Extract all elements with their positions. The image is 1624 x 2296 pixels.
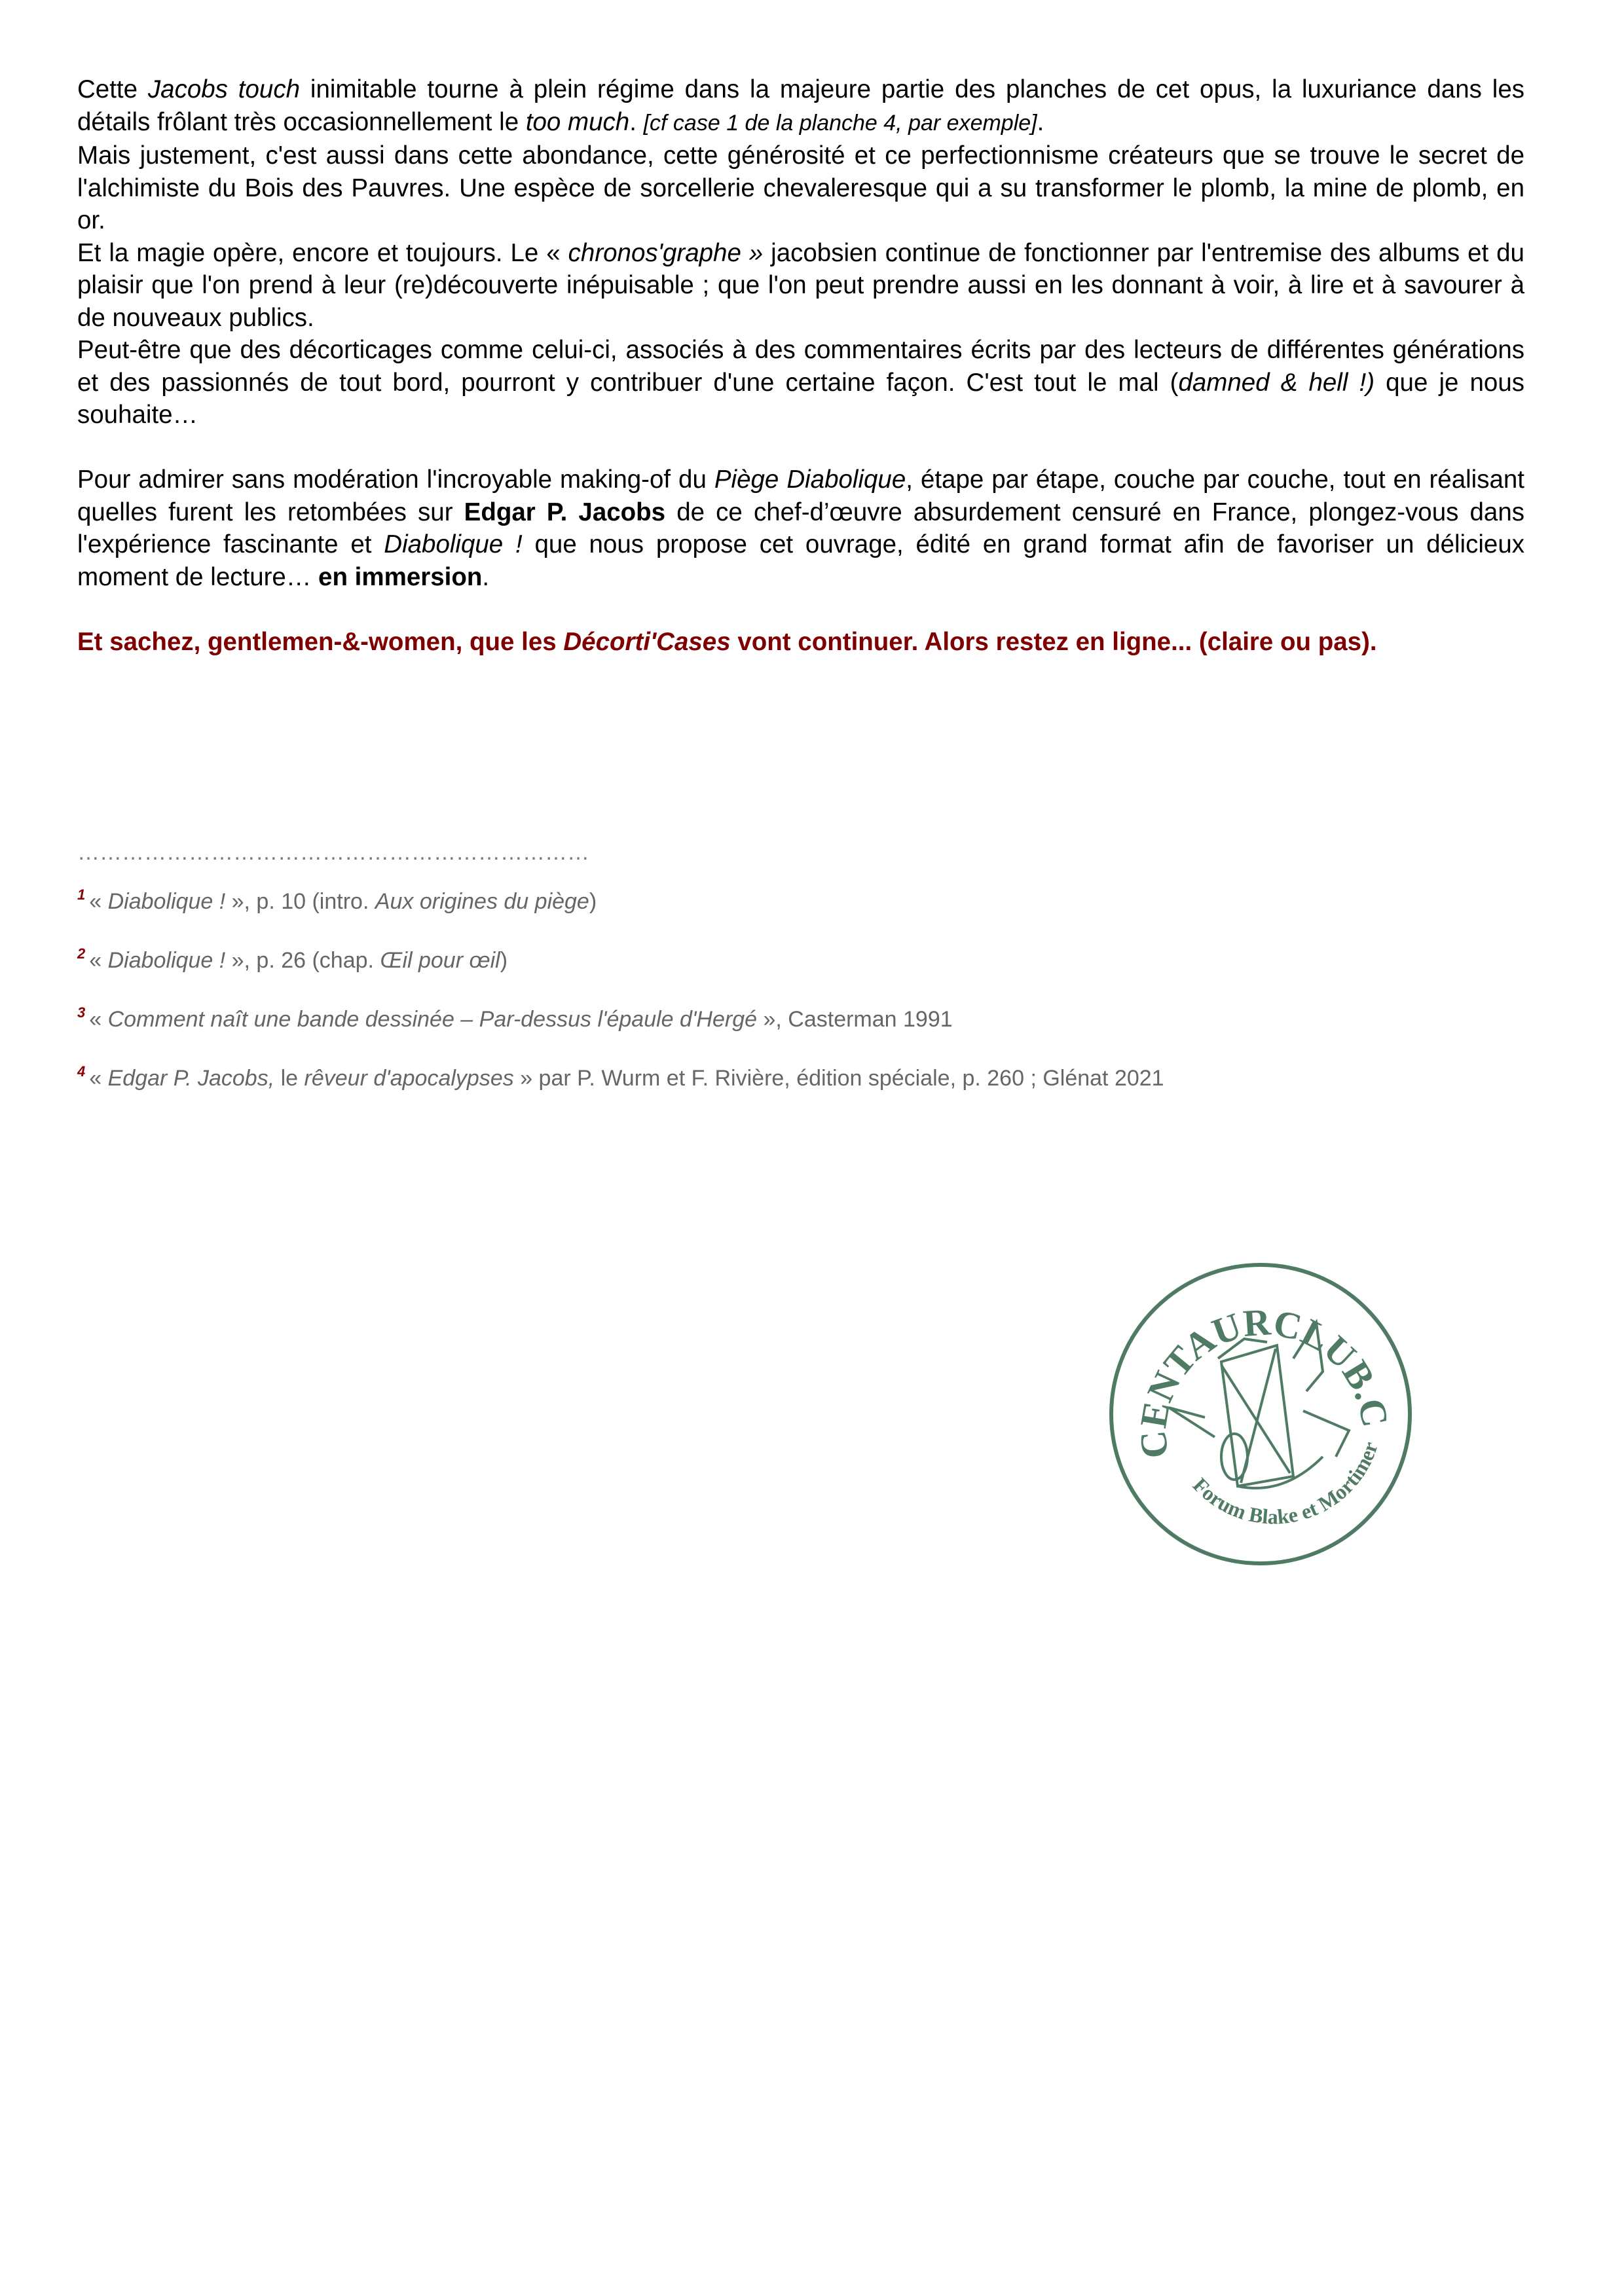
paragraph-decorticages: Peut-être que des décorticages comme cel… [77,334,1524,431]
footnote-1: 1« Diabolique ! », p. 10 (intro. Aux ori… [77,881,1518,939]
centaurclub-stamp: CENTAURCLUB.COM Forum Blake et Mortimer [1107,1260,1414,1568]
closing-statement: Et sachez, gentlemen-&-women, que les Dé… [77,626,1524,659]
footnote-3: 3« Comment naît une bande dessinée – Par… [77,998,1518,1057]
footnote-4: 4« Edgar P. Jacobs, le rêveur d'apocalyp… [77,1057,1518,1116]
footnotes: 1« Diabolique ! », p. 10 (intro. Aux ori… [77,881,1518,1116]
footnote-separator: …………………………………………………………… [77,840,589,866]
sextant-emblem-icon: CENTAURCLUB.COM Forum Blake et Mortimer [1107,1260,1414,1568]
stamp-top-text: CENTAURCLUB.COM [1107,1260,1397,1461]
article-body: Cette Jacobs touch inimitable tourne à p… [77,73,1524,658]
paragraph-jacobs-touch: Cette Jacobs touch inimitable tourne à p… [77,73,1524,139]
paragraph-making-of: Pour admirer sans modération l'incroyabl… [77,464,1524,593]
paragraph-alchimiste: Mais justement, c'est aussi dans cette a… [77,139,1524,237]
footnote-2: 2« Diabolique ! », p. 26 (chap. Œil pour… [77,939,1518,998]
paragraph-magie: Et la magie opère, encore et toujours. L… [77,237,1524,335]
